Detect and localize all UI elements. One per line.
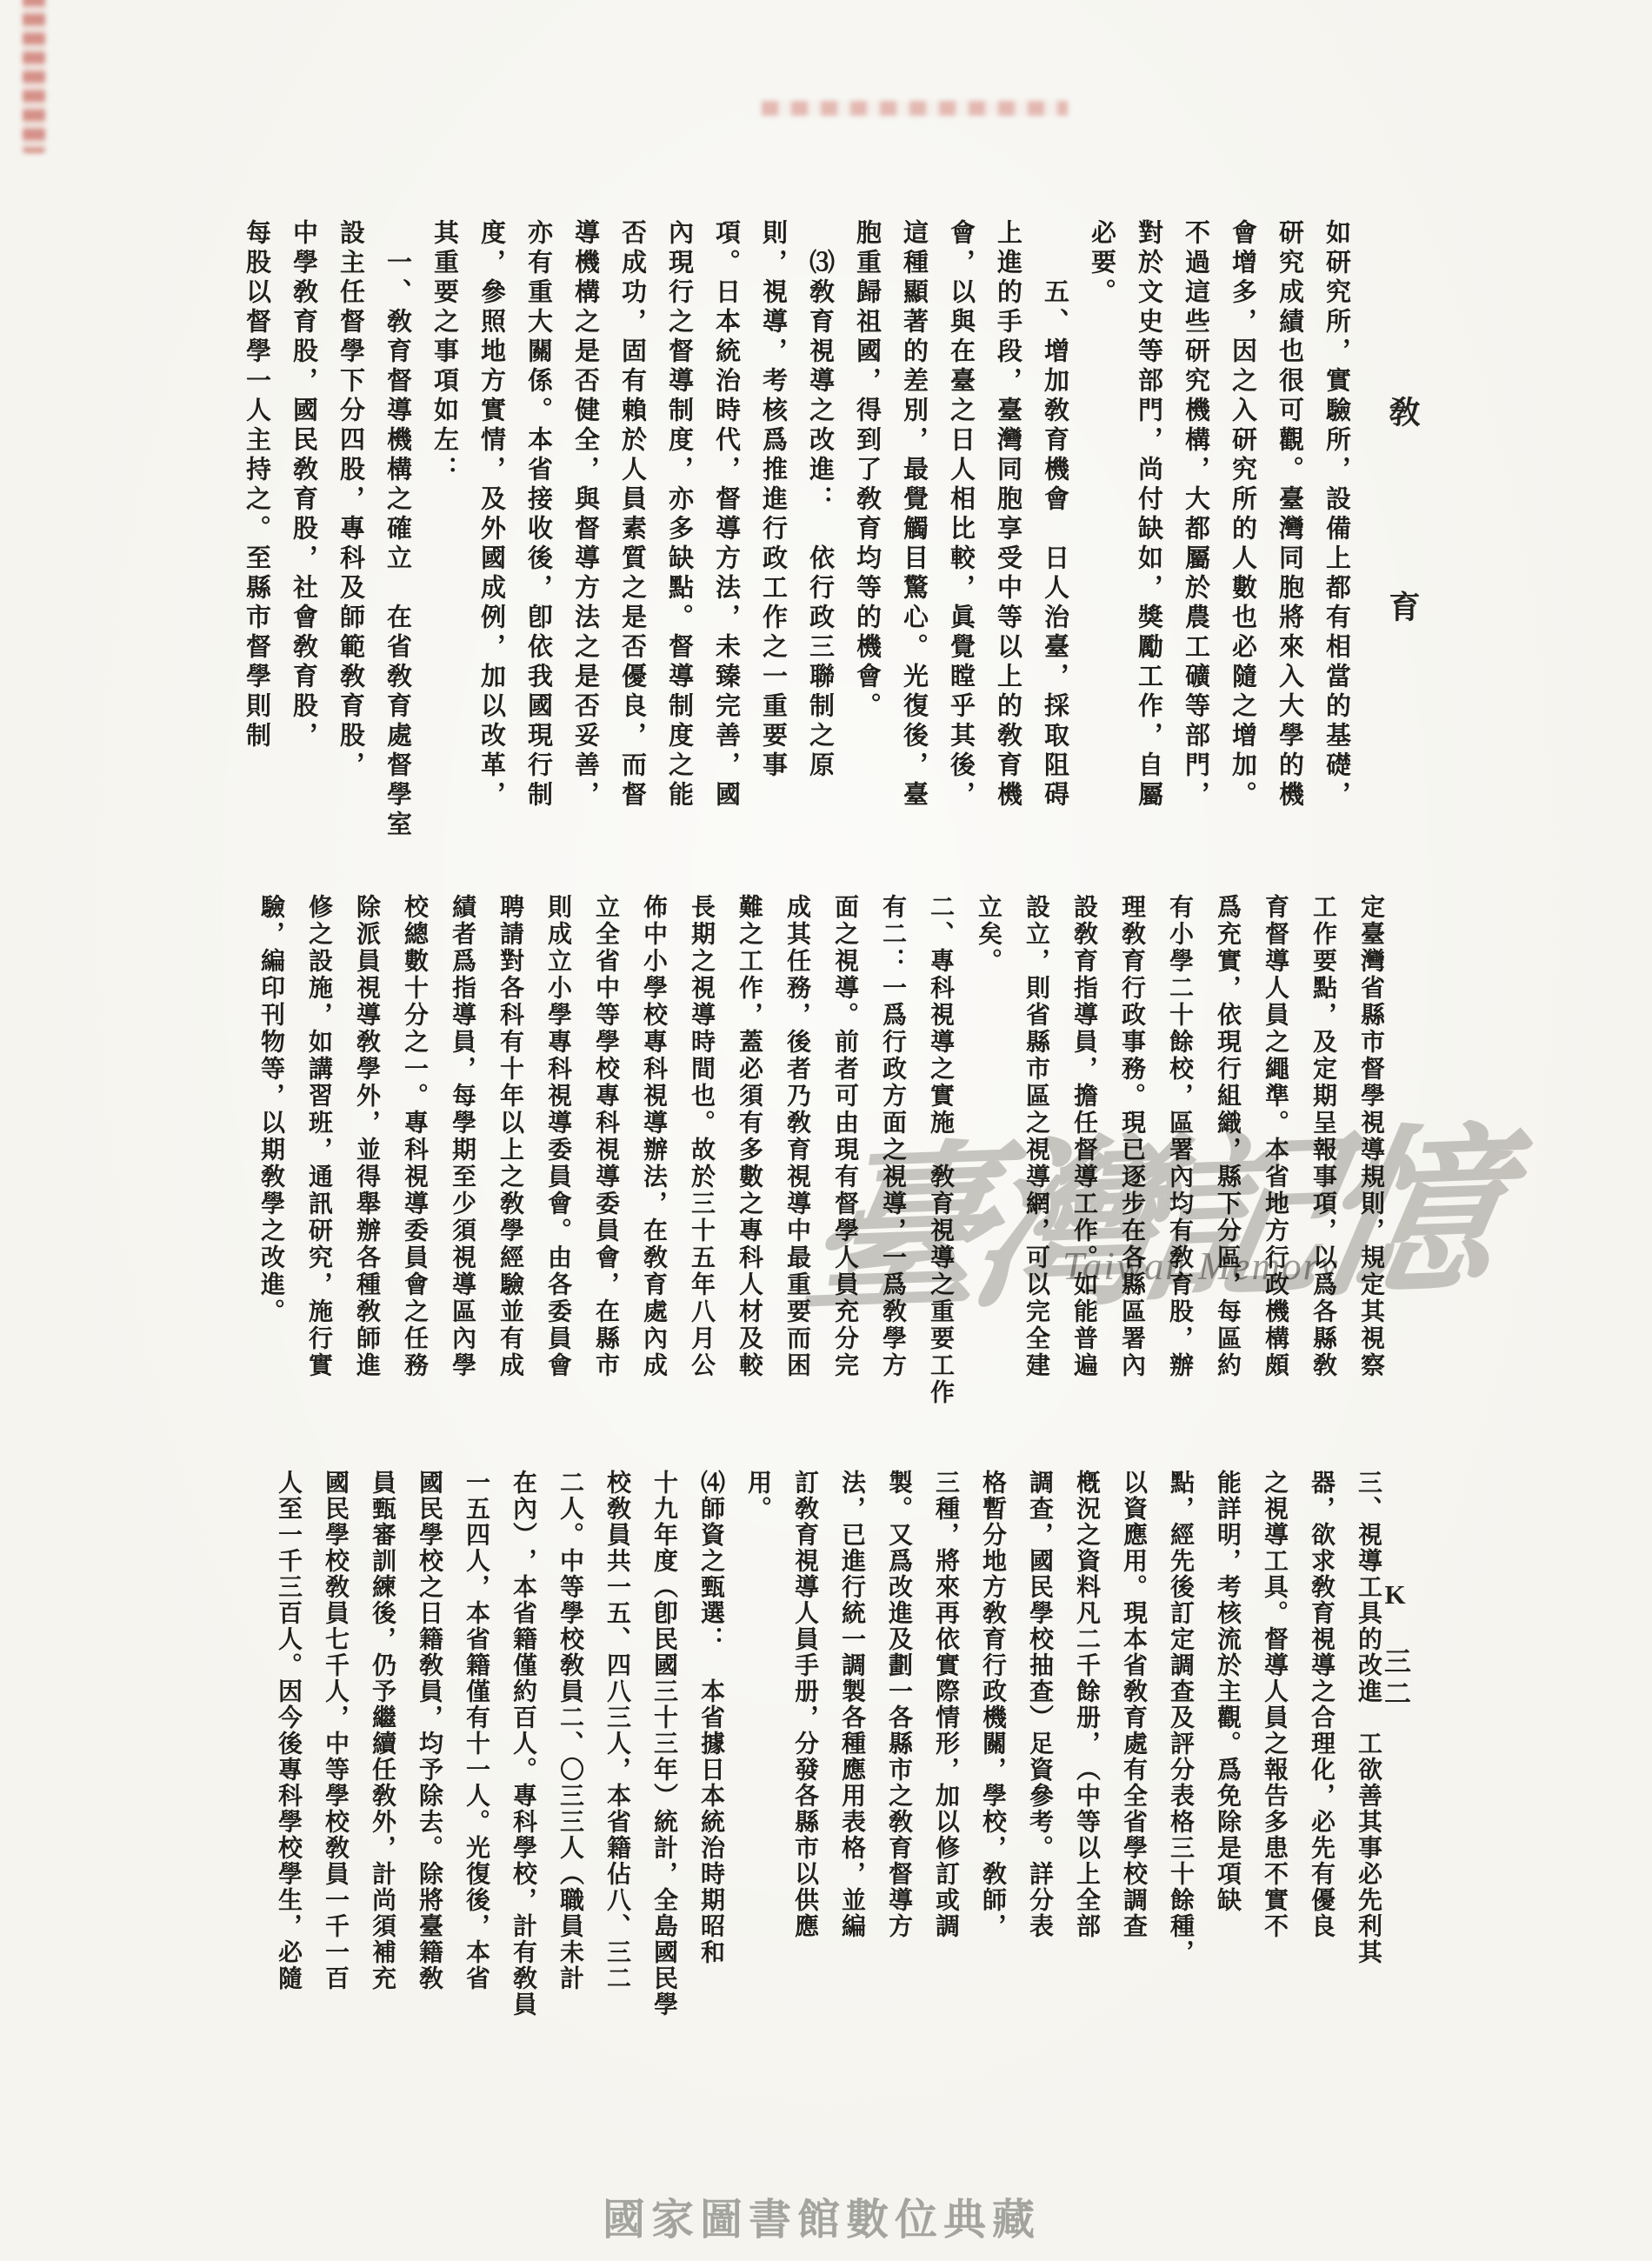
text-column: 槪況之資料凡二千餘册，︵中等以上全部: [1062, 1470, 1109, 2026]
text-column: 其重要之事項如左：: [421, 219, 468, 873]
text-column: 難之工作，蓋必須有多數之專科人材及較: [725, 894, 773, 1412]
text-column: 研究成績也很可觀。臺灣同胞將來入大學的機: [1266, 219, 1313, 873]
text-column: 長期之視導時間也。故於三十五年八月公: [677, 894, 725, 1412]
text-column: 員甄審訓練後，仍予繼續任敎外，計尚須補充: [358, 1470, 405, 2026]
text-column: 聘請對各科有十年以上之敎學經驗並有成: [486, 894, 534, 1412]
text-column: 調查，國民學校抽查︶足資參考。詳分表: [1016, 1470, 1062, 2026]
text-column: 三、視導工具的改進 工欲善其事必先利其: [1344, 1470, 1391, 2026]
text-column: 一、敎育督導機構之確立 在省敎育處督學室: [374, 219, 421, 873]
text-column: 器，欲求敎育視導之合理化，必先有優良: [1297, 1470, 1344, 2026]
text-column: 則，視導，考核爲推進行政工作之一重要事: [749, 219, 796, 873]
text-column: 能詳明，考核流於主觀。爲免除是項缺: [1203, 1470, 1250, 2026]
section-header-label: 敎育: [1381, 396, 1425, 785]
text-column: 除派員視導敎學外，並得舉辦各種敎師進: [343, 894, 390, 1412]
text-column: 項。日本統治時代，督導方法，未臻完善，國: [703, 219, 749, 873]
taiwan-memory-watermark: 臺灣記憶: [788, 1067, 1513, 1350]
text-band-top: 如研究所，實驗所，設備上都有相當的基礎，研究成績也很可觀。臺灣同胞將來入大學的機…: [203, 219, 1360, 873]
text-column: 如研究所，實驗所，設備上都有相當的基礎，: [1313, 219, 1360, 873]
text-column: 立全省中等學校專科視導委員會，在縣市: [582, 894, 629, 1412]
text-column: 中學敎育股，國民敎育股，社會敎育股，: [280, 219, 327, 873]
text-column: 在內︶，本省籍僅約百人。專科學校，計有敎員: [499, 1470, 546, 2026]
text-column: 製。又爲改進及劃一各縣市之敎育督導方: [875, 1470, 922, 2026]
text-column: 人至一千三百人。因今後專科學校學生，必隨: [264, 1470, 311, 2026]
text-column: 修之設施，如講習班，通訊研究，施行實: [295, 894, 343, 1412]
text-column: 亦有重大關係。本省接收後，卽依我國現行制: [515, 219, 562, 873]
text-column: 以資應用。現本省敎育處有全省學校調查: [1109, 1470, 1156, 2026]
text-column: 訂敎育視導人員手册，分發各縣市以供應: [781, 1470, 828, 2026]
text-column: 法，已進行統一調製各種應用表格，並編: [828, 1470, 875, 2026]
red-scan-artifact-left: [23, 0, 45, 153]
text-column: 五、增加敎育機會 日人治臺，採取阻碍: [1031, 219, 1078, 873]
text-column: 不過這些研究機構，大都屬於農工礦等部門，: [1172, 219, 1219, 873]
text-column: 導機構之是否健全，與督導方法之是否妥善，: [562, 219, 609, 873]
page-number: K 三二: [1376, 1579, 1415, 1711]
library-footer-text: 國家圖書館數位典藏: [603, 2186, 1041, 2247]
text-column: 二人。中等學校敎員二、〇三三人︵職員未計: [546, 1470, 593, 2026]
text-band-bottom: 三、視導工具的改進 工欲善其事必先利其器，欲求敎育視導之合理化，必先有優良之視導…: [222, 1470, 1391, 2026]
text-column: 設主任督學下分四股，專科及師範敎育股，: [327, 219, 374, 873]
text-column: 國民學校敎員七千人，中等學校敎員一千一百: [311, 1470, 358, 2026]
text-column: 會，以與在臺之日人相比較，眞覺瞠乎其後，: [937, 219, 984, 873]
text-column: 則成立小學專科視導委員會。由各委員會: [534, 894, 582, 1412]
text-column: 校敎員共一五、四八三人，本省籍佔八、三二: [593, 1470, 640, 2026]
text-column: 會增多，因之入研究所的人數也必隨之增加。: [1219, 219, 1266, 873]
text-column: 否成功，固有賴於人員素質之是否優良，而督: [609, 219, 656, 873]
text-column: 之視導工具。督導人員之報告多患不實不: [1250, 1470, 1297, 2026]
text-column: 一五四人，本省籍僅有十一人。光復後，本省: [452, 1470, 499, 2026]
text-column: 校總數十分之一。專科視導委員會之任務: [390, 894, 438, 1412]
text-column: 驗，編印刊物等，以期敎學之改進。: [247, 894, 295, 1412]
text-column: 這種顯著的差別，最覺觸目驚心。光復後，臺: [890, 219, 937, 873]
text-column: 必要。: [1078, 219, 1125, 873]
text-column: 每股以督學一人主持之。至縣市督學則制: [233, 219, 280, 873]
text-column: 內現行之督導制度，亦多缺點。督導制度之能: [656, 219, 703, 873]
taiwan-memory-watermark-latin: Taiwan Memory: [1062, 1244, 1339, 1289]
text-column: 用。: [734, 1470, 781, 2026]
text-column: 對於文史等部門，尚付缺如，獎勵工作，自屬: [1125, 219, 1172, 873]
red-scan-artifact-top: [762, 101, 1068, 116]
text-column: 三種，將來再依實際情形，加以修訂或調: [922, 1470, 969, 2026]
text-column: 績者爲指導員，每學期至少須視導區內學: [438, 894, 486, 1412]
text-column: 度，參照地方實情，及外國成例，加以改革，: [468, 219, 515, 873]
text-column: 國民學校之日籍敎員，均予除去。除將臺籍敎: [405, 1470, 452, 2026]
text-column: 胞重歸祖國，得到了敎育均等的機會。: [843, 219, 890, 873]
text-column: 上進的手段，臺灣同胞享受中等以上的敎育機: [984, 219, 1031, 873]
scanned-page: { "document": { "header_margin_label": "…: [0, 0, 1652, 2261]
text-column: 格暫分地方敎育行政機關，學校，敎師，: [969, 1470, 1016, 2026]
text-column: 點，經先後訂定調查及評分表格三十餘種，: [1156, 1470, 1203, 2026]
text-column: ⑷師資之甄選： 本省據日本統治時期昭和: [687, 1470, 734, 2026]
text-column: 佈中小學校專科視導辦法，在敎育處內成: [629, 894, 677, 1412]
text-column: ⑶敎育視導之改進： 依行政三聯制之原: [796, 219, 843, 873]
text-column: 十九年度︵卽民國三十三年︶統計，全島國民學: [640, 1470, 687, 2026]
